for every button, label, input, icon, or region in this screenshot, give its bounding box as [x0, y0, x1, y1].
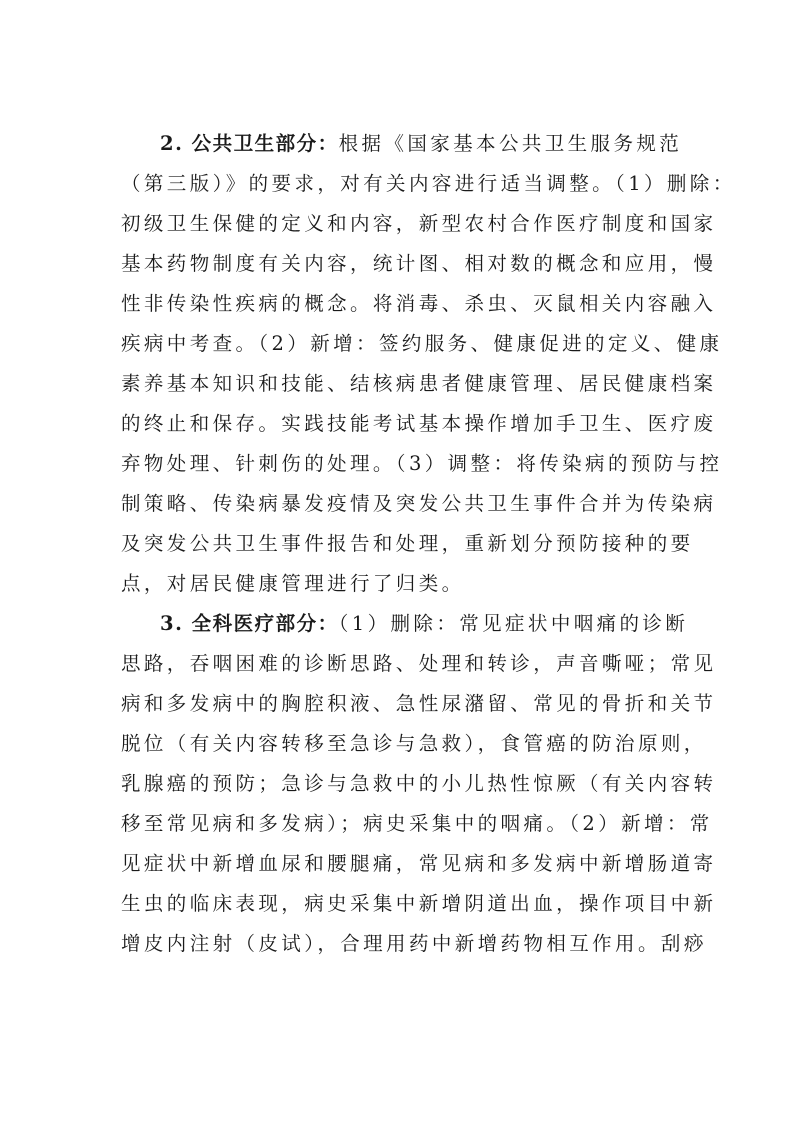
- paragraph-line: 移至常见病和多发病）；病史采集中的咽痛。（2）新增：常: [121, 804, 673, 844]
- paragraph-line: 3. 全科医疗部分：（1）删除：常见症状中咽痛的诊断: [121, 604, 673, 644]
- section-heading: 3. 全科医疗部分：: [160, 612, 339, 635]
- paragraph-line: 脱位（有关内容转移至急诊与急救），食管癌的防治原则，: [121, 724, 673, 764]
- paragraph-line: 病和多发病中的胸腔积液、急性尿潴留、常见的骨折和关节: [121, 684, 673, 724]
- paragraph-line: 初级卫生保健的定义和内容，新型农村合作医疗制度和国家: [121, 204, 673, 244]
- paragraph-line: 2. 公共卫生部分：根据《国家基本公共卫生服务规范: [121, 124, 673, 164]
- paragraph-line: 制策略、传染病暴发疫情及突发公共卫生事件合并为传染病: [121, 484, 673, 524]
- paragraph-line: 思路，吞咽困难的诊断思路、处理和转诊，声音嘶哑；常见: [121, 644, 673, 684]
- paragraph-line: 乳腺癌的预防；急诊与急救中的小儿热性惊厥（有关内容转: [121, 764, 673, 804]
- paragraph-line: （第三版）》的要求，对有关内容进行适当调整。（1）删除：: [121, 164, 673, 204]
- paragraph-line: 点，对居民健康管理进行了归类。: [121, 564, 673, 604]
- paragraph-line: 弃物处理、针刺伤的处理。（3）调整：将传染病的预防与控: [121, 444, 673, 484]
- section-heading: 2. 公共卫生部分：: [160, 132, 339, 155]
- paragraph-line: 及突发公共卫生事件报告和处理，重新划分预防接种的要: [121, 524, 673, 564]
- paragraph-line: 素养基本知识和技能、结核病患者健康管理、居民健康档案: [121, 364, 673, 404]
- paragraph-line: 增皮内注射（皮试），合理用药中新增药物相互作用。刮痧: [121, 924, 673, 964]
- paragraph-line: 基本药物制度有关内容，统计图、相对数的概念和应用，慢: [121, 244, 673, 284]
- paragraph-line: 生虫的临床表现，病史采集中新增阴道出血，操作项目中新: [121, 884, 673, 924]
- paragraph-line: 性非传染性疾病的概念。将消毒、杀虫、灭鼠相关内容融入: [121, 284, 673, 324]
- paragraph-line: 的终止和保存。实践技能考试基本操作增加手卫生、医疗废: [121, 404, 673, 444]
- document-page: 2. 公共卫生部分：根据《国家基本公共卫生服务规范 （第三版）》的要求，对有关内…: [121, 124, 673, 964]
- paragraph-line: 见症状中新增血尿和腰腿痛，常见病和多发病中新增肠道寄: [121, 844, 673, 884]
- paragraph-line: 疾病中考查。（2）新增：签约服务、健康促进的定义、健康: [121, 324, 673, 364]
